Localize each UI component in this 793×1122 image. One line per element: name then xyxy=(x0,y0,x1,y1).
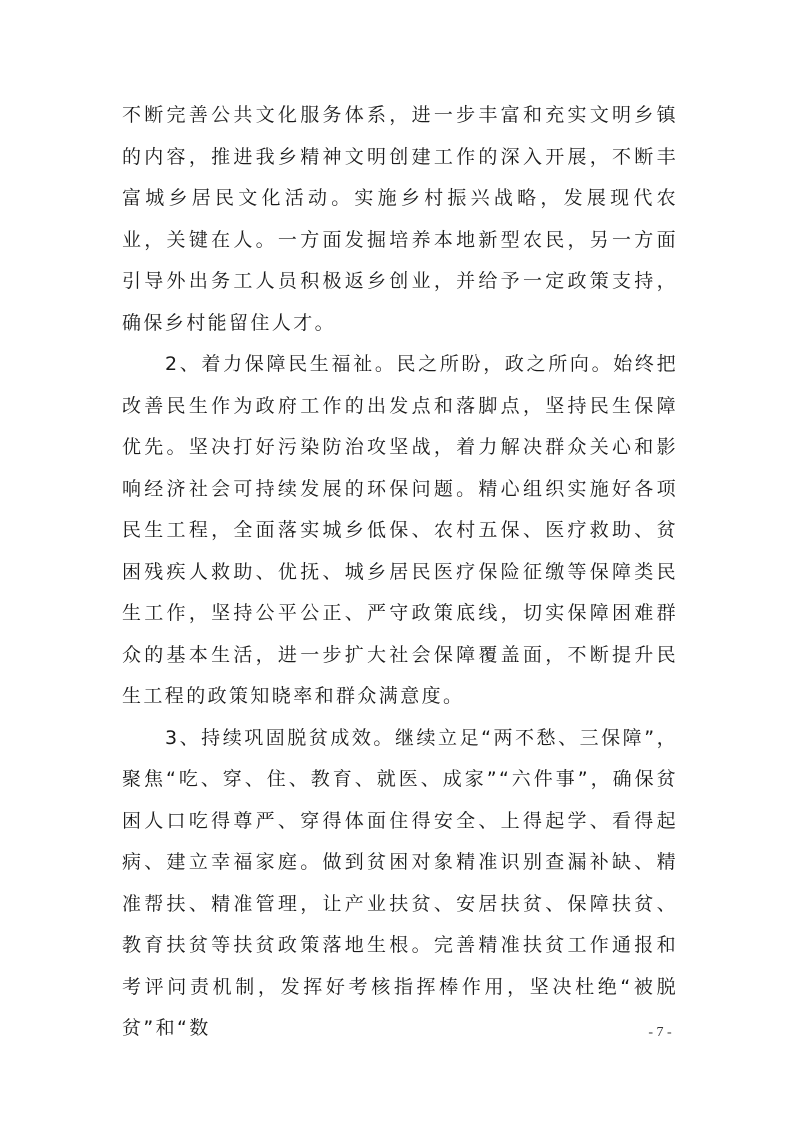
paragraph-livelihood: 2、着力保障民生福祉。民之所盼，政之所向。始终把改善民生作为政府工作的出发点和落… xyxy=(122,344,678,718)
document-page: 不断完善公共文化服务体系，进一步丰富和充实文明乡镇的内容，推进我乡精神文明创建工… xyxy=(0,0,793,1122)
paragraph-culture-talent: 不断完善公共文化服务体系，进一步丰富和充实文明乡镇的内容，推进我乡精神文明创建工… xyxy=(122,95,678,344)
page-number: - 7 - xyxy=(640,1025,680,1041)
paragraph-poverty-alleviation: 3、持续巩固脱贫成效。继续立足“两不愁、三保障”，聚焦“吃、穿、住、教育、就医、… xyxy=(122,718,678,1050)
document-body: 不断完善公共文化服务体系，进一步丰富和充实文明乡镇的内容，推进我乡精神文明创建工… xyxy=(122,95,678,1050)
